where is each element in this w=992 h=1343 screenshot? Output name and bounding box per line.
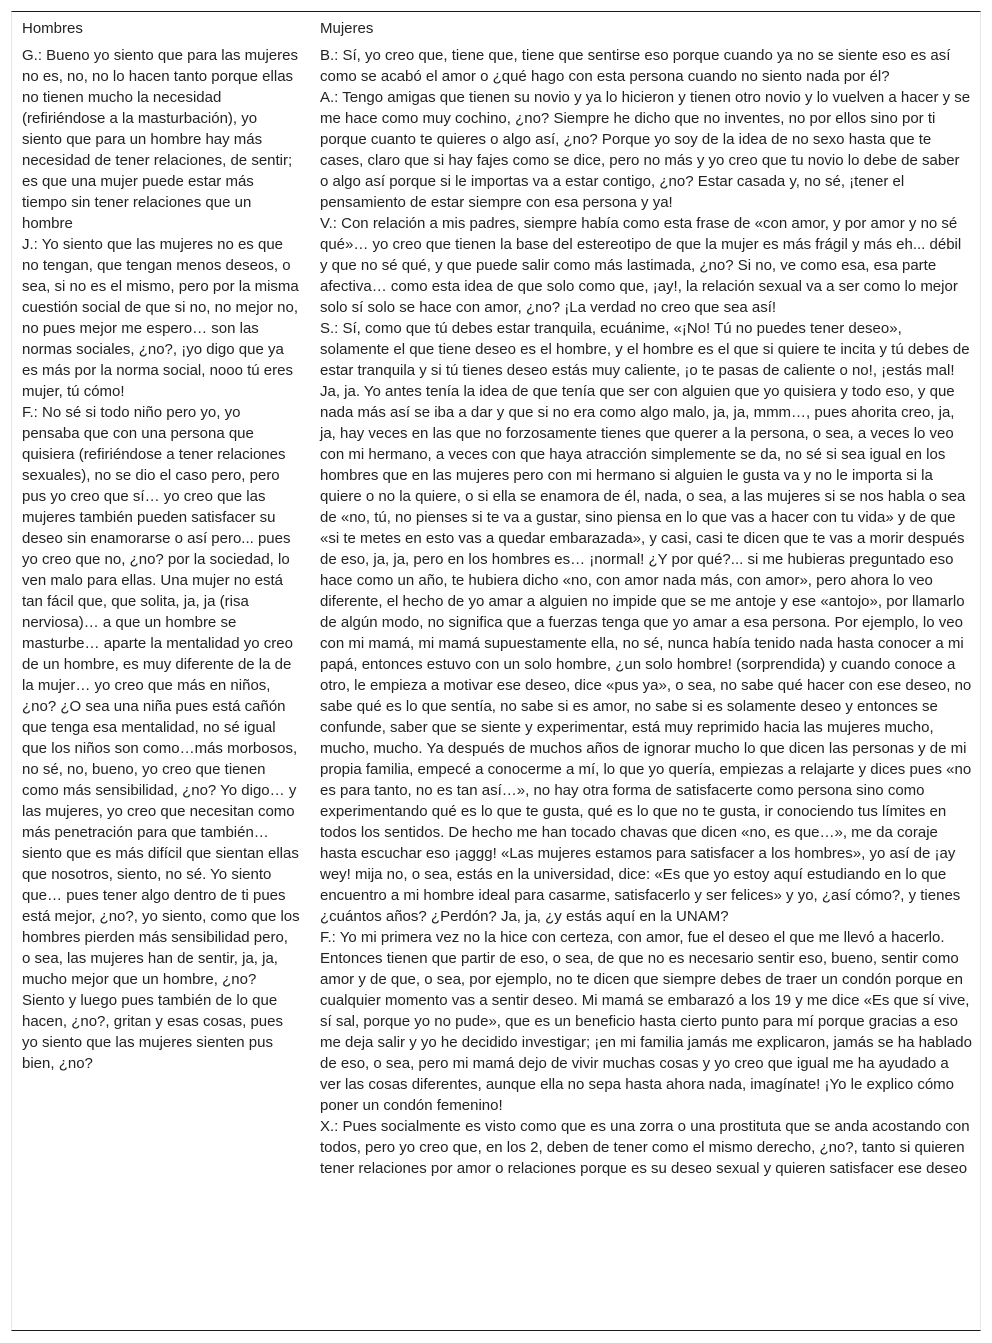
quotes-table-grid: Hombres Mujeres G.: Bueno yo siento que … (12, 12, 982, 1179)
cell-mujeres: B.: Sí, yo creo que, tiene que, tiene qu… (310, 43, 982, 1179)
table-row: G.: Bueno yo siento que para las mujeres… (12, 43, 982, 1179)
column-header-hombres: Hombres (12, 12, 310, 43)
quote-hombres-g: G.: Bueno yo siento que para las mujeres… (22, 45, 300, 234)
quotes-table: Hombres Mujeres G.: Bueno yo siento que … (11, 11, 981, 1331)
quote-hombres-j: J.: Yo siento que las mujeres no es que … (22, 234, 300, 402)
quote-mujeres-s: S.: Sí, como que tú debes estar tranquil… (320, 318, 972, 927)
column-header-mujeres: Mujeres (310, 12, 982, 43)
quote-hombres-f: F.: No sé si todo niño pero yo, yo pensa… (22, 402, 300, 1074)
quote-mujeres-x: X.: Pues socialmente es visto como que e… (320, 1116, 972, 1179)
cell-hombres: G.: Bueno yo siento que para las mujeres… (12, 43, 310, 1179)
quote-mujeres-a: A.: Tengo amigas que tienen su novio y y… (320, 87, 972, 213)
header-row: Hombres Mujeres (12, 12, 982, 43)
quote-mujeres-b: B.: Sí, yo creo que, tiene que, tiene qu… (320, 45, 972, 87)
quote-mujeres-v: V.: Con relación a mis padres, siempre h… (320, 213, 972, 318)
quote-mujeres-f: F.: Yo mi primera vez no la hice con cer… (320, 927, 972, 1116)
